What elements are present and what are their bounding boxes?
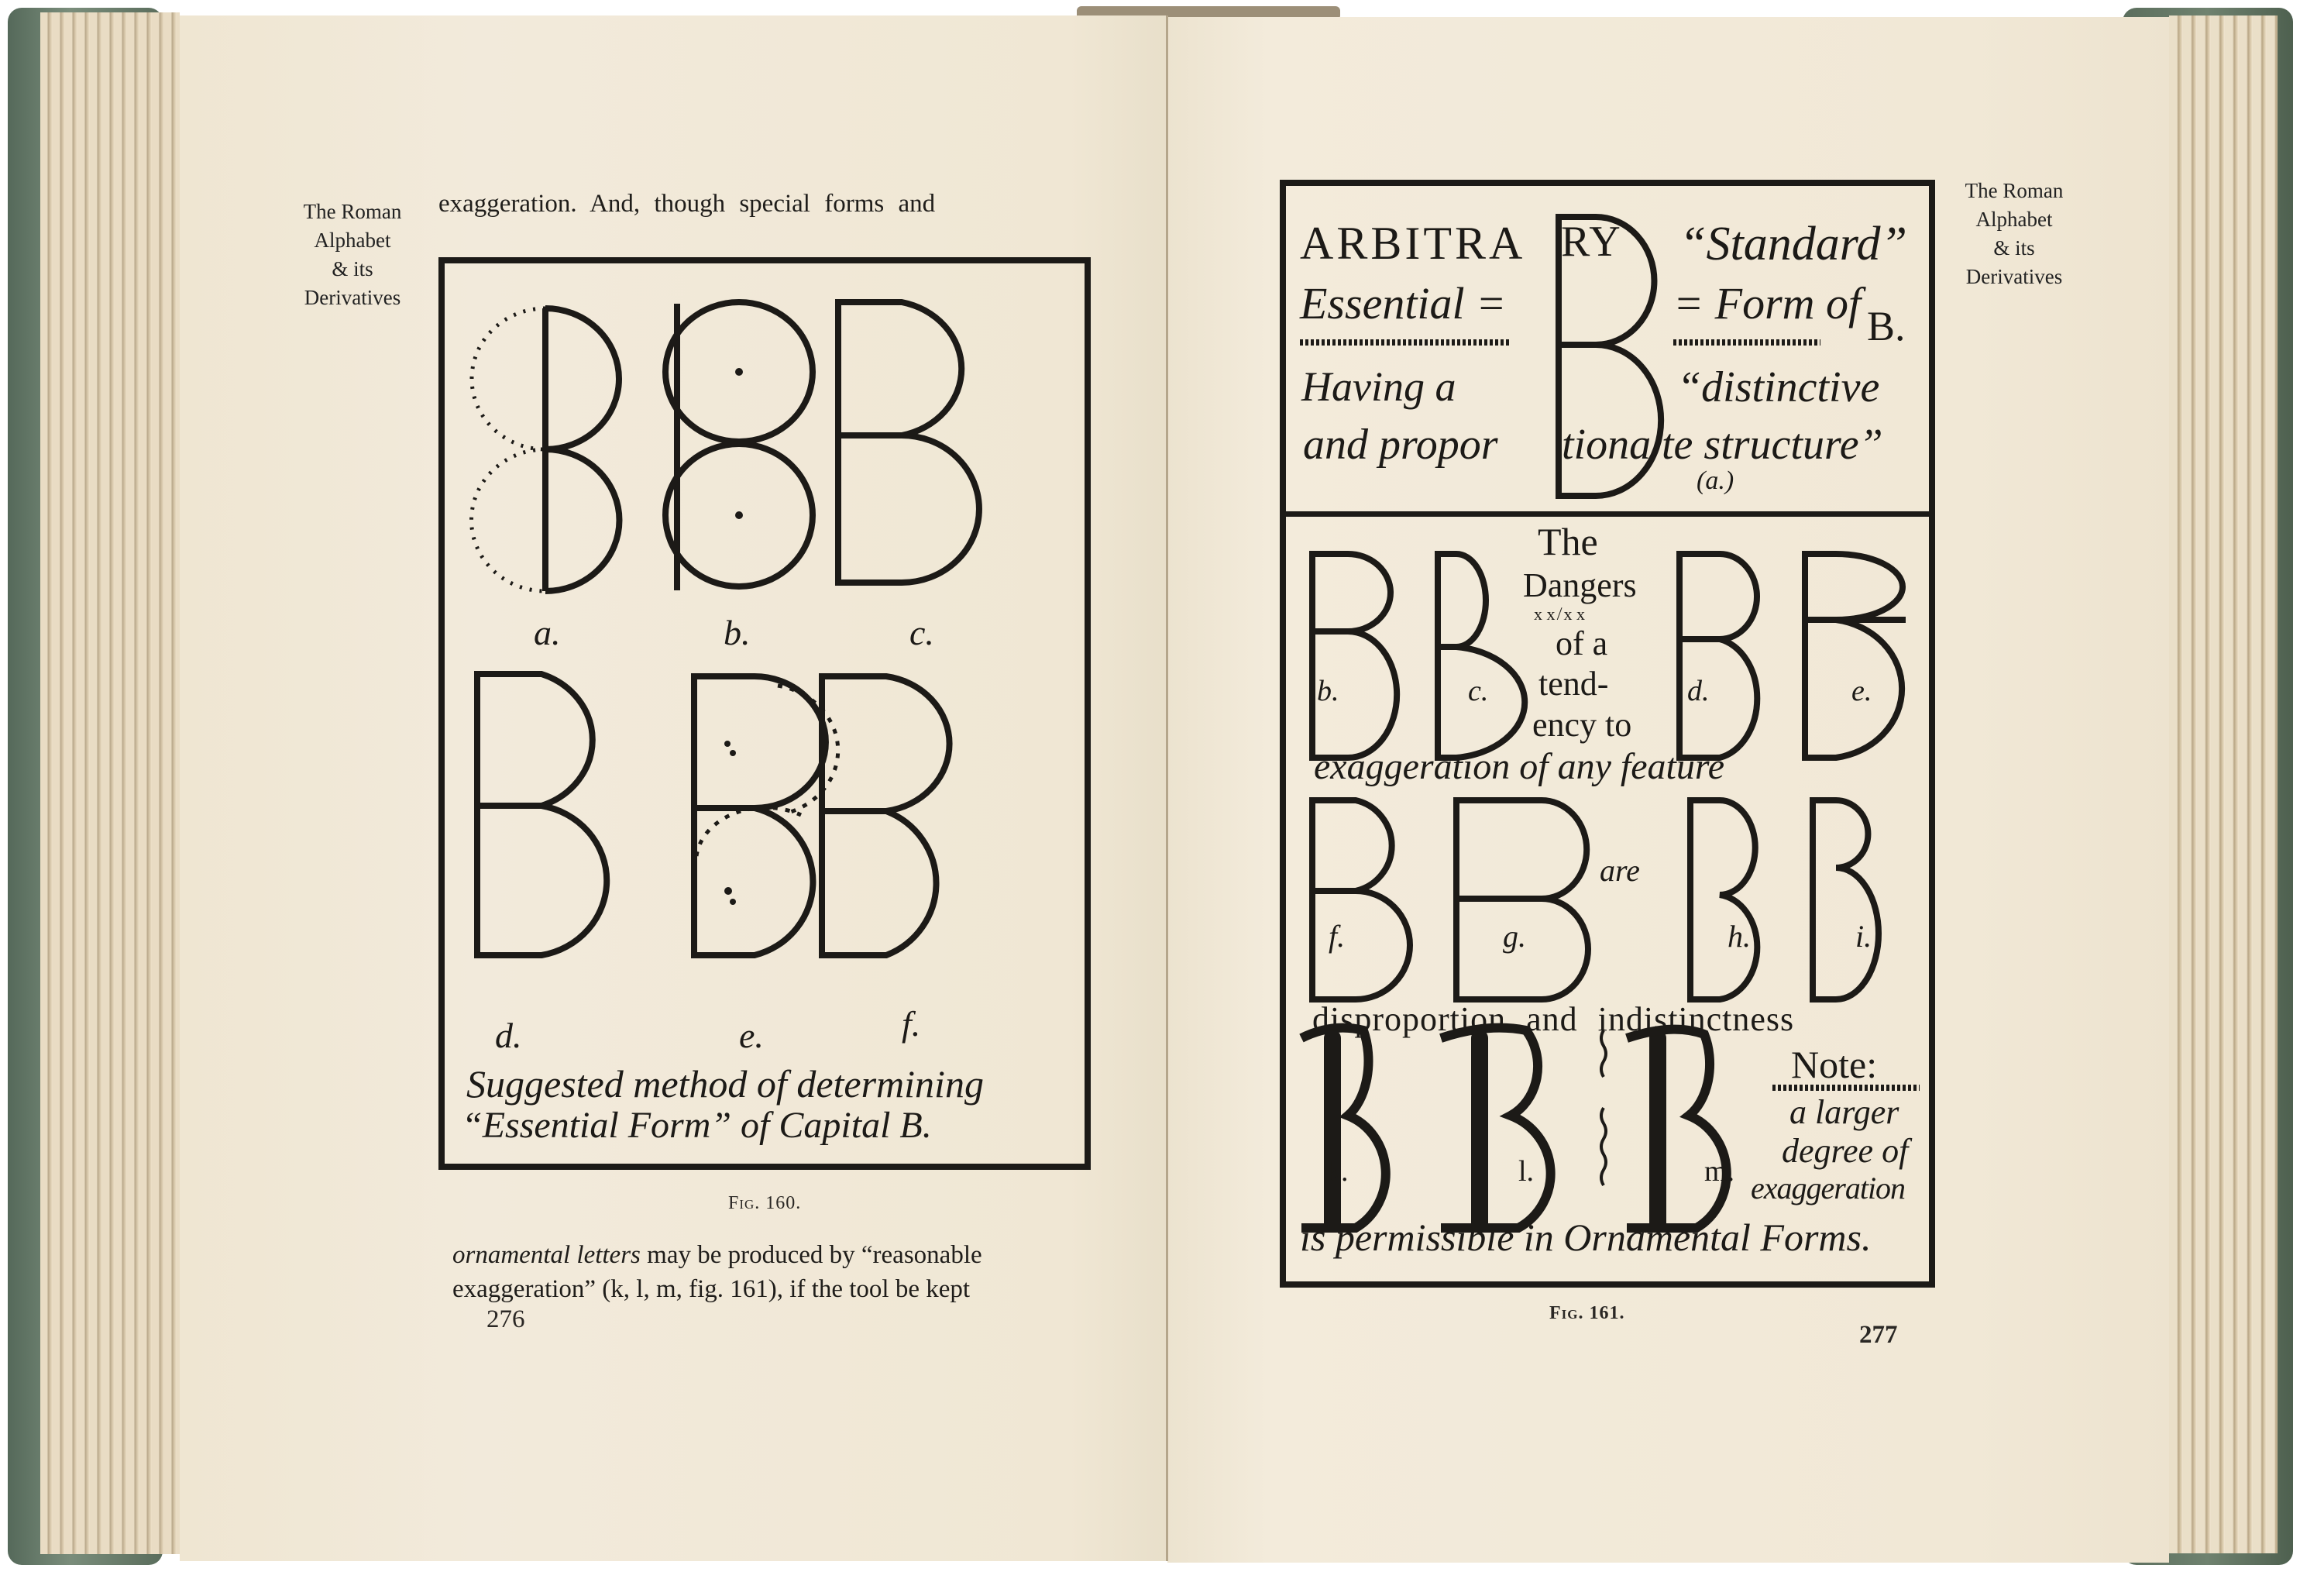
figure-160-caption-line1: Suggested method of determining xyxy=(466,1061,984,1106)
left-body-line-1: ornamental letters may be produced by “r… xyxy=(452,1241,982,1270)
figure-label-m: m. xyxy=(1704,1154,1734,1188)
text-dangers: Dangers xyxy=(1523,566,1637,605)
text-and-propor: and propor xyxy=(1303,420,1498,469)
figure-label-c: c. xyxy=(1468,674,1488,708)
text-note: Note: xyxy=(1791,1042,1877,1087)
page-edges-right xyxy=(2169,15,2278,1553)
page-edges-left xyxy=(40,12,180,1554)
text-arbitrary: ARBITRA xyxy=(1300,217,1525,270)
figure-label-g: g. xyxy=(1503,918,1526,954)
right-running-head: The Roman Alphabet & its Derivatives xyxy=(1937,177,2092,291)
text-are: are xyxy=(1600,852,1640,889)
text-te-structure: te structure” xyxy=(1662,420,1883,469)
text-form-of: = Form of xyxy=(1673,277,1861,329)
left-body-line-2: exaggeration” (k, l, m, fig. 161), if th… xyxy=(452,1275,970,1304)
running-head-line: The Roman xyxy=(279,198,426,226)
text-disproportion-line: disproportion and indistinctness xyxy=(1312,999,1794,1039)
running-head-line: Alphabet xyxy=(1937,205,2092,234)
running-head-line: The Roman xyxy=(1937,177,2092,205)
text-ency-to: ency to xyxy=(1532,705,1631,745)
running-head-line: Derivatives xyxy=(1937,263,2092,291)
figure-label-h: h. xyxy=(1728,918,1751,954)
running-head-line: & its xyxy=(1937,234,2092,263)
text-having: Having a xyxy=(1301,363,1456,411)
fig-160-caption: Fig. 160. xyxy=(728,1193,801,1214)
wavy-underline xyxy=(1300,339,1509,346)
figure-label-a: a. xyxy=(534,612,561,653)
book-gutter xyxy=(1166,15,1168,1561)
figure-label-a: (a.) xyxy=(1697,466,1734,496)
figure-label-b: b. xyxy=(724,612,751,653)
running-head-line: Alphabet xyxy=(279,226,426,255)
text-degree-of: degree of xyxy=(1782,1131,1908,1171)
page-number-right: 277 xyxy=(1859,1321,1898,1350)
running-head-line: Derivatives xyxy=(279,284,426,312)
text-a-larger: a larger xyxy=(1789,1092,1899,1132)
figure-160-letterforms xyxy=(445,263,1085,1164)
text-essential: Essential = xyxy=(1300,277,1506,329)
figure-label-f: f. xyxy=(1329,918,1345,954)
wavy-underline xyxy=(1772,1085,1920,1091)
wavy-underline xyxy=(1673,339,1820,346)
text-exaggeration-line: exaggeration of any feature xyxy=(1314,745,1724,788)
figure-160: a. b. c. d. e. f. Suggested method of de… xyxy=(438,257,1091,1170)
text-marks: x x ̸ x x xyxy=(1534,604,1585,624)
figure-label-d: d. xyxy=(495,1015,522,1056)
text-permissible-line: is permissible in Ornamental Forms. xyxy=(1300,1215,1872,1260)
figure-160-caption-line2: “Essential Form” of Capital B. xyxy=(462,1104,932,1147)
text-of-a: of a xyxy=(1556,624,1607,663)
text-ry: RY xyxy=(1561,217,1622,267)
left-running-head: The Roman Alphabet & its Derivatives xyxy=(279,198,426,312)
text-exaggeration: exaggeration xyxy=(1751,1170,1905,1206)
page-number-left: 276 xyxy=(486,1305,525,1334)
figure-label-b: b. xyxy=(1317,674,1339,708)
text-the: The xyxy=(1538,519,1598,564)
figure-label-f: f. xyxy=(902,1003,920,1044)
figure-label-i: i. xyxy=(1855,918,1872,954)
figure-label-e: e. xyxy=(739,1015,764,1056)
text-b-small: B. xyxy=(1867,302,1906,350)
running-head-line: & its xyxy=(279,255,426,284)
text-tend: tend- xyxy=(1538,664,1608,703)
figure-label-l: l. xyxy=(1518,1154,1534,1188)
figure-161: ARBITRA RY “Standard” Essential = = Form… xyxy=(1280,180,1935,1288)
left-top-line: exaggeration. And, though special forms … xyxy=(438,190,1092,218)
figure-label-d: d. xyxy=(1687,674,1710,708)
figure-label-c: c. xyxy=(909,612,934,653)
text-standard: “Standard” xyxy=(1679,217,1907,272)
italic-phrase: ornamental letters xyxy=(452,1241,641,1269)
figure-label-e: e. xyxy=(1851,674,1872,708)
fig-161-caption: Fig. 161. xyxy=(1549,1303,1625,1324)
body-text: may be produced by “reasonable xyxy=(641,1241,982,1269)
text-tiona: tiona xyxy=(1562,420,1651,469)
text-distinctive: “distinctive xyxy=(1677,363,1879,412)
figure-label-k: k. xyxy=(1326,1154,1349,1188)
